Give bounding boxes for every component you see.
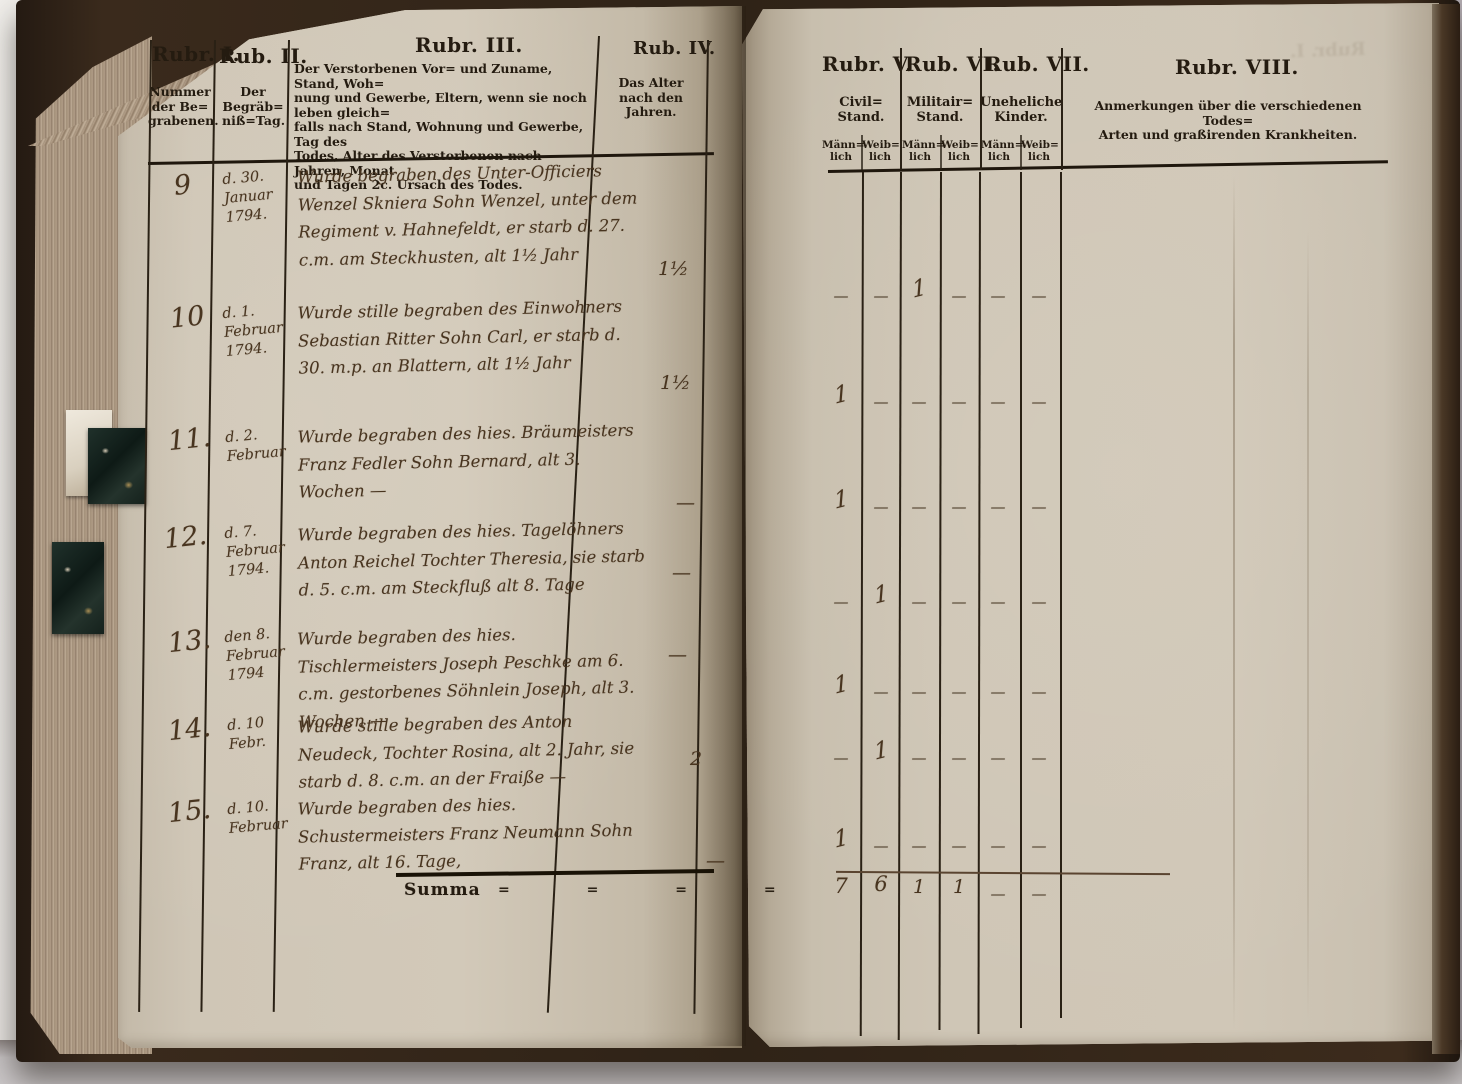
tally-cell: — [940,748,978,767]
right-subsep-2 [940,135,942,170]
entry-number: 12. [162,520,208,555]
tally-cell: — [979,748,1017,767]
tally-cell: — [1020,392,1058,411]
entry-date: d. 1. Februar 1794. [222,299,297,362]
tally-cell: — [1020,682,1058,701]
subcol-civil-m: Männ= lich [822,139,860,163]
tally-cell: — [862,682,900,701]
tally-cell: — [1020,748,1058,767]
cover-right-edge [1432,4,1460,1054]
tally-cell: 1 [862,582,900,608]
tally-cell: 1 [900,276,938,302]
tally-cell: — [900,592,938,611]
tally-cell: — [822,592,860,611]
tally-cell: 1 [822,672,860,698]
tally-cell: 1 [822,487,860,513]
summa-repeat-marks: = = = = [498,882,812,898]
tally-cell: — [862,836,900,855]
tally-cell: — [900,682,938,701]
entry-number: 14. [166,712,212,747]
rubric-8-label: Anmerkungen über die verschiedenen Todes… [1080,99,1376,143]
tally-cell: — [940,836,978,855]
tally-cell: — [862,286,900,305]
entry-date: d. 30. Januar 1794. [222,165,297,228]
rubric-6-label: Militair= Stand. [902,96,978,125]
right-col-line-6 [1060,172,1062,1018]
entry-date: d. 10 Febr. [226,711,299,755]
summa-cell: — [1020,884,1058,903]
tally-cell: — [979,836,1017,855]
entry-age: 2 [690,748,702,770]
entry-text: Wurde stille begraben des Einwohners Seb… [297,292,647,382]
tally-cell: — [979,682,1017,701]
tally-cell: — [862,392,900,411]
entry-date: d. 10. Februar [226,795,299,839]
subcol-unehel-m: Männ= lich [981,139,1017,163]
tally-cell: — [1020,836,1058,855]
right-subsep-3 [1020,135,1022,170]
tally-cell: — [979,392,1017,411]
tally-cell: — [940,497,978,516]
tally-cell: 1 [862,738,900,764]
tally-cell: — [940,392,978,411]
subcol-mil-w: Weib= lich [941,139,977,163]
tally-cell: — [900,497,938,516]
tally-cell: — [900,836,938,855]
entry-date: den 8. Februar 1794 [224,623,299,686]
summa-cell: 1 [900,876,938,898]
rubric-5-label: Civil= Stand. [824,96,898,125]
tally-cell: — [979,286,1017,305]
entry-number: 15. [166,794,212,829]
tally-cell: — [900,748,938,767]
bleed-through-text: Rubr. I. [1290,39,1366,63]
entry-text: Wurde stille begraben des Anton Neudeck,… [297,706,647,796]
entry-age: — [668,644,687,666]
rubric-1-label: Nummer der Be= grabenen. [148,85,212,129]
summa-cell: 7 [822,874,860,898]
entry-number: 9 [172,169,192,202]
subcol-mil-m: Männ= lich [902,139,938,163]
entry-age: 1½ [658,258,689,280]
entry-text: Wurde begraben des hies. Schustermeister… [297,788,647,878]
entry-text: Wurde begraben des Unter-Officiers Wenze… [297,156,647,273]
entry-number: 13. [166,624,212,659]
entry-age: — [676,492,695,514]
right-header-sep-3 [1061,48,1063,170]
tally-cell: 1 [822,382,860,408]
paper-crease [1307,230,1309,1020]
subcol-unehel-w: Weib= lich [1021,139,1057,163]
rubric-2-label: Der Begräb= niß=Tag. [222,85,284,129]
rubric-4-title: Rub. IV. [633,38,716,59]
tally-cell: — [900,392,938,411]
summa-cell: — [979,884,1017,903]
tally-cell: — [979,497,1017,516]
entry-number: 10 [168,300,205,334]
summa-cell: 6 [862,872,900,896]
tally-cell: — [940,592,978,611]
tally-cell: — [822,748,860,767]
entry-age: — [672,562,691,584]
tally-cell: — [1020,286,1058,305]
tally-cell: — [940,286,978,305]
rubric-7-label: Uneheliche Kinder. [980,96,1062,125]
entry-date: d. 2. Februar [224,423,297,467]
book-photo: Rubr. I. Rub. II. Rubr. III. Rub. IV. Nu… [0,0,1462,1084]
right-header-sep-1 [900,48,902,170]
paper-crease [1233,175,1235,1030]
clasp-remnant-bottom [52,542,104,634]
rubric-8-title: Rubr. VIII. [1175,55,1299,79]
entry-date: d. 7. Februar 1794. [224,519,299,582]
right-subsep-1 [861,135,863,170]
entry-number: 11. [166,422,212,457]
tally-cell: — [862,497,900,516]
clasp-remnant-top [88,428,146,504]
rubric-7-title: Rub. VII. [985,52,1090,76]
rubric-3-title: Rubr. III. [415,33,523,57]
summa-label: Summa [404,880,481,900]
entry-age: 1½ [660,372,691,394]
entry-text: Wurde begraben des hies. Tagelöhners Ant… [297,514,647,604]
tally-cell: — [1020,592,1058,611]
right-header-sep-2 [980,48,982,170]
rubric-4-label: Das Alter nach den Jahren. [600,76,702,120]
entry-text: Wurde begraben des hies. Bräumeisters Fr… [297,416,647,506]
tally-cell: — [822,286,860,305]
tally-cell: — [940,682,978,701]
tally-cell: 1 [822,826,860,852]
tally-cell: — [1020,497,1058,516]
tally-cell: — [979,592,1017,611]
subcol-civil-w: Weib= lich [862,139,898,163]
summa-cell: 1 [940,876,978,898]
